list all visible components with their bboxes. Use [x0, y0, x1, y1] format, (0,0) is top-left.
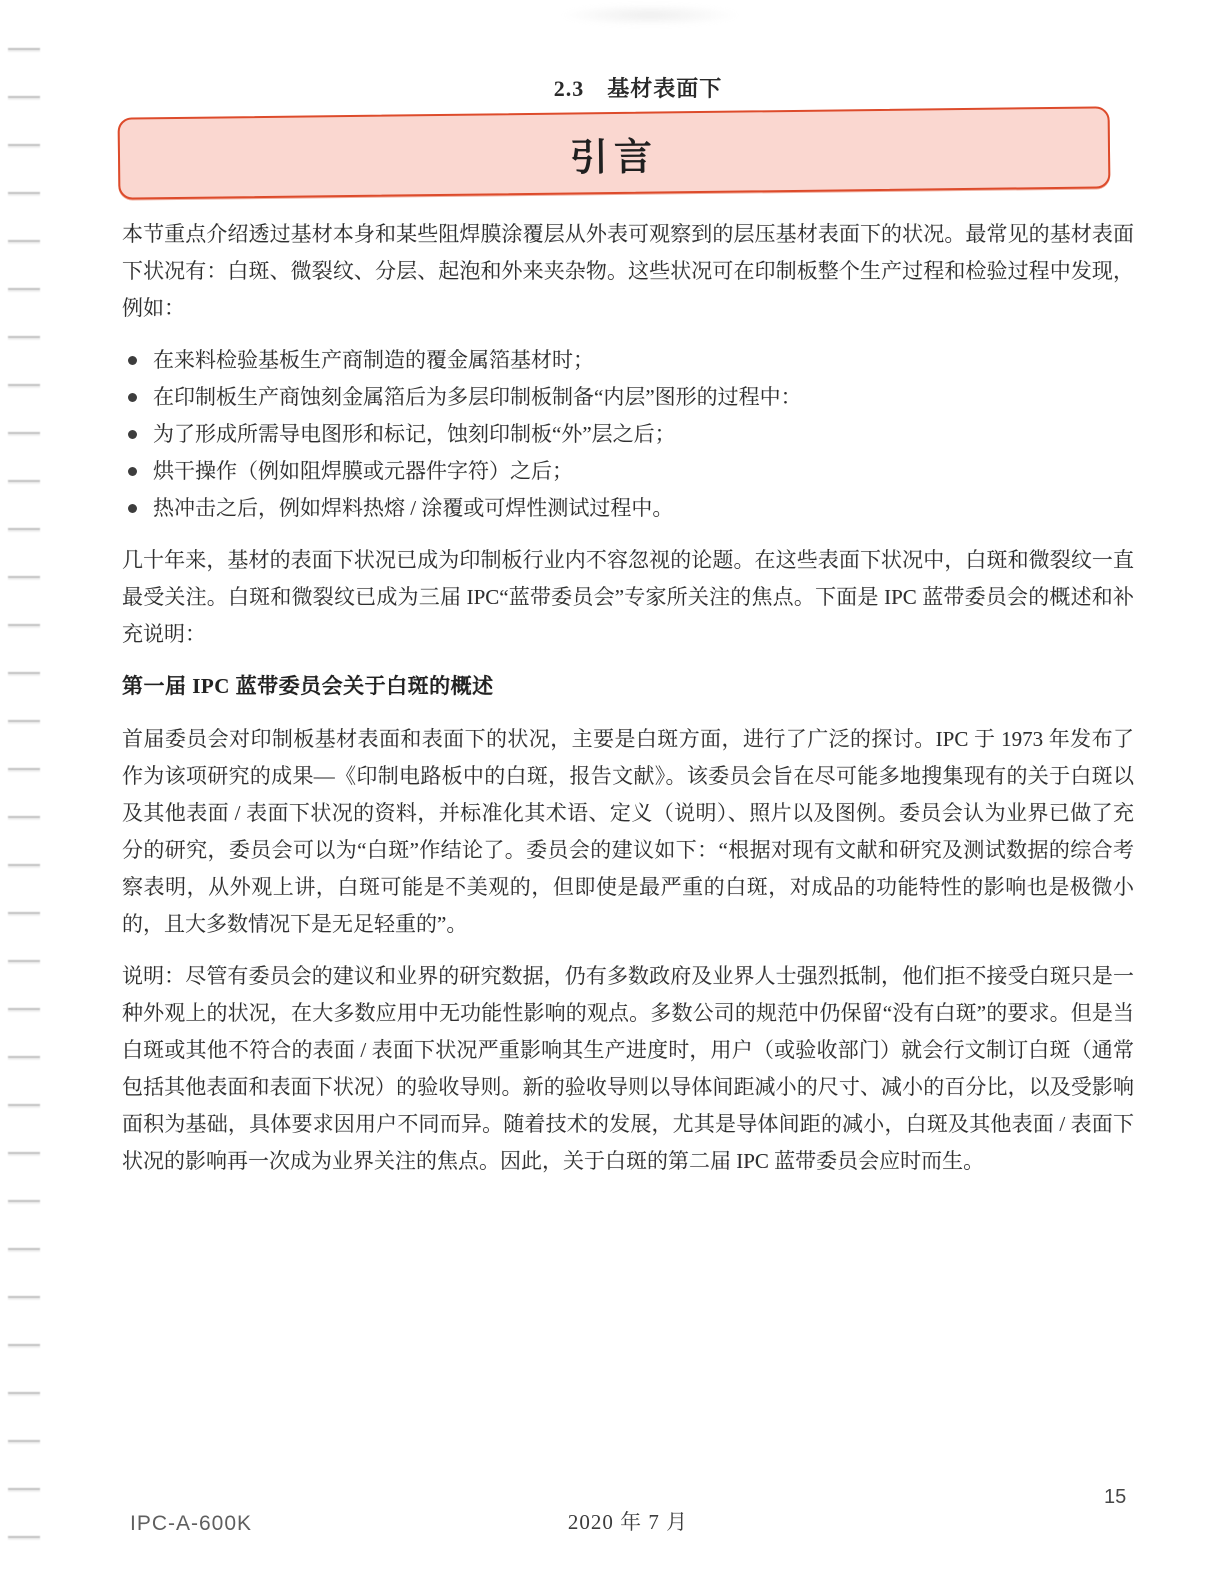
bullet-icon	[128, 430, 137, 439]
list-item: 烘干操作（例如阻焊膜或元器件字符）之后；	[122, 453, 1134, 490]
list-item: 在来料检验基板生产商制造的覆金属箔基材时；	[122, 342, 1134, 379]
note-paragraph: 说明：尽管有委员会的建议和业界的研究数据，仍有多数政府及业界人士强烈抵制，他们拒…	[122, 958, 1134, 1180]
intro-paragraph: 本节重点介绍透过基材本身和某些阻焊膜涂覆层从外表可观察到的层压基材表面下的状况。…	[122, 216, 1134, 327]
bullet-text: 在来料检验基板生产商制造的覆金属箔基材时；	[153, 342, 594, 379]
section-heading: 第一届 IPC 蓝带委员会关于白斑的概述	[122, 668, 1134, 705]
list-item: 为了形成所需导电图形和标记，蚀刻印制板“外”层之后；	[122, 416, 1134, 453]
banner-title: 引言	[570, 125, 659, 181]
scan-artifact	[560, 4, 740, 26]
bullet-text: 为了形成所需导电图形和标记，蚀刻印制板“外”层之后；	[153, 416, 676, 453]
bullet-icon	[128, 393, 137, 402]
spiral-binding-marks	[8, 48, 40, 1570]
document-body: 本节重点介绍透过基材本身和某些阻焊膜涂覆层从外表可观察到的层压基材表面下的状况。…	[122, 216, 1134, 1195]
bullet-icon	[128, 356, 137, 365]
list-item: 热冲击之后，例如焊料热熔 / 涂覆或可焊性测试过程中。	[122, 490, 1134, 527]
footer-doc-number: IPC-A-600K	[130, 1512, 252, 1536]
bullet-text: 在印制板生产商蚀刻金属箔后为多层印制板制备“内层”图形的过程中：	[153, 379, 802, 416]
bullet-text: 热冲击之后，例如焊料热熔 / 涂覆或可焊性测试过程中。	[153, 490, 673, 527]
history-paragraph: 几十年来，基材的表面下状况已成为印制板行业内不容忽视的论题。在这些表面下状况中，…	[122, 542, 1134, 653]
footer-page-number: 15	[1104, 1486, 1126, 1509]
list-item: 在印制板生产商蚀刻金属箔后为多层印制板制备“内层”图形的过程中：	[122, 379, 1134, 416]
bullet-icon	[128, 467, 137, 476]
introduction-banner: 引言	[118, 106, 1111, 199]
footer-date: 2020 年 7 月	[568, 1506, 688, 1536]
committee-paragraph: 首届委员会对印制板基材表面和表面下的状况，主要是白斑方面，进行了广泛的探讨。IP…	[122, 721, 1134, 943]
bullet-icon	[128, 504, 137, 513]
bullet-list: 在来料检验基板生产商制造的覆金属箔基材时； 在印制板生产商蚀刻金属箔后为多层印制…	[122, 342, 1134, 527]
bullet-text: 烘干操作（例如阻焊膜或元器件字符）之后；	[153, 453, 573, 490]
section-header: 2.3 基材表面下	[554, 72, 723, 103]
